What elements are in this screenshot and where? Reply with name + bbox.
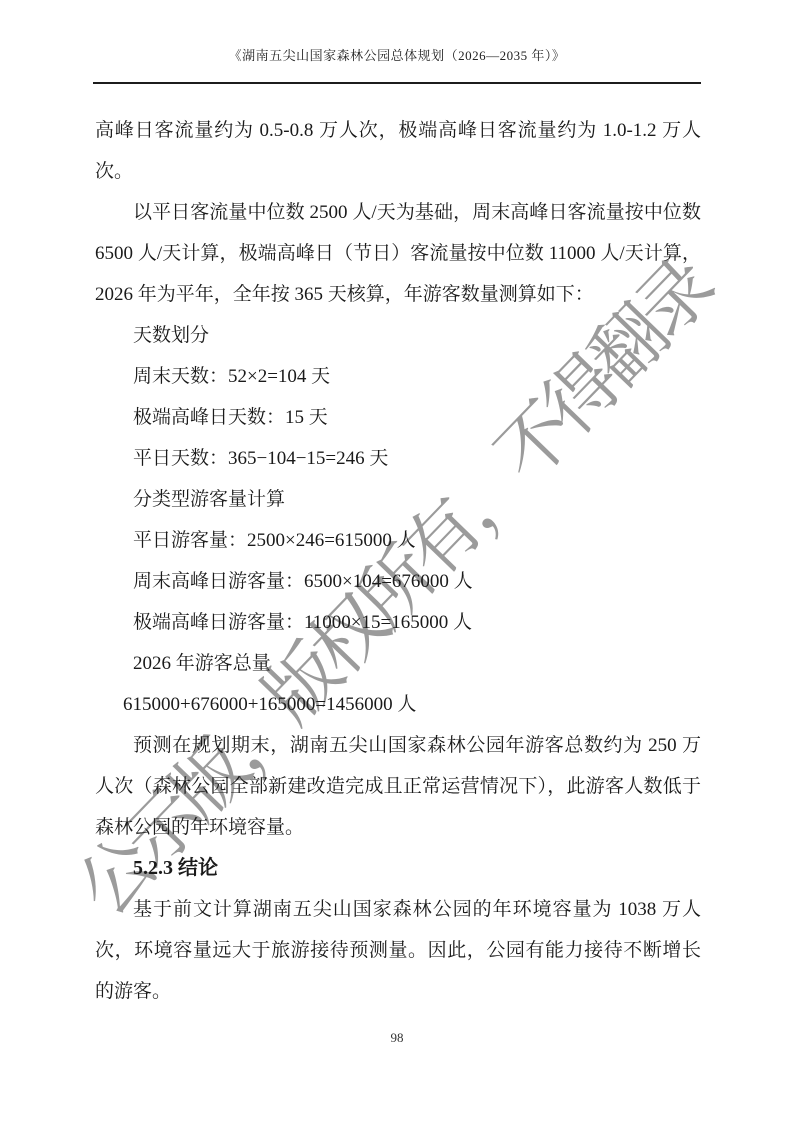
paragraph-forecast: 预测在规划期末，湖南五尖山国家森林公园年游客总数约为 250 万人次（森林公园全… <box>95 725 701 848</box>
page-footer: 98 <box>0 1030 794 1046</box>
paragraph-peak-flow: 高峰日客流量约为 0.5-0.8 万人次，极端高峰日客流量约为 1.0-1.2 … <box>95 110 701 192</box>
calc-line-days-division: 天数划分 <box>95 315 701 356</box>
calc-line-weekend-days: 周末天数：52×2=104 天 <box>95 356 701 397</box>
page-body: 高峰日客流量约为 0.5-0.8 万人次，极端高峰日客流量约为 1.0-1.2 … <box>95 110 701 1012</box>
calc-line-weekday-visitors: 平日游客量：2500×246=615000 人 <box>95 520 701 561</box>
calc-line-weekday-days: 平日天数：365−104−15=246 天 <box>95 438 701 479</box>
header: 《湖南五尖山国家森林公园总体规划（2026—2035 年）》 <box>93 46 701 84</box>
paragraph-conclusion: 基于前文计算湖南五尖山国家森林公园的年环境容量为 1038 万人次，环境容量远大… <box>95 889 701 1012</box>
calc-line-weekend-peak-visitors: 周末高峰日游客量：6500×104=676000 人 <box>95 561 701 602</box>
calc-line-extreme-peak-days: 极端高峰日天数：15 天 <box>95 397 701 438</box>
header-title: 《湖南五尖山国家森林公园总体规划（2026—2035 年）》 <box>229 48 566 63</box>
calc-line-by-type-title: 分类型游客量计算 <box>95 479 701 520</box>
calc-line-extreme-peak-visitors: 极端高峰日游客量：11000×15=165000 人 <box>95 602 701 643</box>
calc-line-2026-total-title: 2026 年游客总量 <box>95 643 701 684</box>
document-page: 《湖南五尖山国家森林公园总体规划（2026—2035 年）》 公示版，版权所有，… <box>0 0 794 1122</box>
section-heading-5-2-3: 5.2.3 结论 <box>95 848 701 889</box>
paragraph-calculation-basis: 以平日客流量中位数 2500 人/天为基础，周末高峰日客流量按中位数 6500 … <box>95 192 701 315</box>
page-number: 98 <box>391 1030 404 1045</box>
calc-line-2026-total-sum: 615000+676000+165000=1456000 人 <box>95 684 701 725</box>
